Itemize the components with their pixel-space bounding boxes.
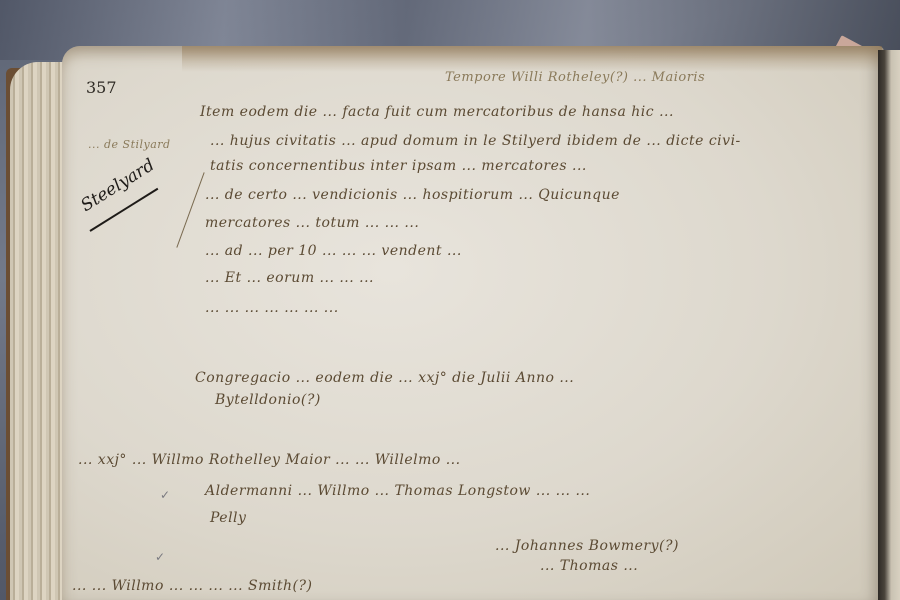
attendance-line: ... xxj° ... Willmo Rothelley Maior ... … <box>78 452 461 468</box>
text-line: ... hujus civitatis ... apud domum in le… <box>210 133 741 149</box>
page-header: Tempore Willi Rotheley(?) ... Maioris <box>445 70 705 85</box>
margin-note-top: ... de Stilyard <box>88 138 171 151</box>
attendance-line: Aldermanni ... Willmo ... Thomas Longsto… <box>205 483 590 499</box>
signature-line: ... Johannes Bowmery(?) <box>495 538 679 554</box>
text-line: mercatores ... totum ... ... ... <box>205 215 419 231</box>
attendance-line: Pelly <box>210 510 246 526</box>
check-mark: ✓ <box>160 488 170 502</box>
text-line: Item eodem die ... facta fuit cum mercat… <box>200 104 674 120</box>
text-line: ... ... ... ... ... ... ... <box>205 300 339 316</box>
page-stain <box>182 46 882 72</box>
bottom-text-line: ... ... Willmo ... ... ... ... Smith(?) <box>72 578 312 594</box>
congregation-line: Congregacio ... eodem die ... xxj° die J… <box>195 370 574 386</box>
text-line: tatis concernentibus inter ipsam ... mer… <box>210 158 587 174</box>
text-line: ... ad ... per 10 ... ... ... vendent ..… <box>205 243 462 259</box>
text-line: ... de certo ... vendicionis ... hospiti… <box>205 187 620 203</box>
check-mark: ✓ <box>155 550 165 564</box>
manuscript-page <box>62 46 884 600</box>
text-line: ... Et ... eorum ... ... ... <box>205 270 374 286</box>
book-gutter <box>878 50 900 600</box>
folio-number: 357 <box>86 78 117 97</box>
signature-line: ... Thomas ... <box>540 558 638 574</box>
congregation-line: Bytelldonio(?) <box>215 392 321 408</box>
